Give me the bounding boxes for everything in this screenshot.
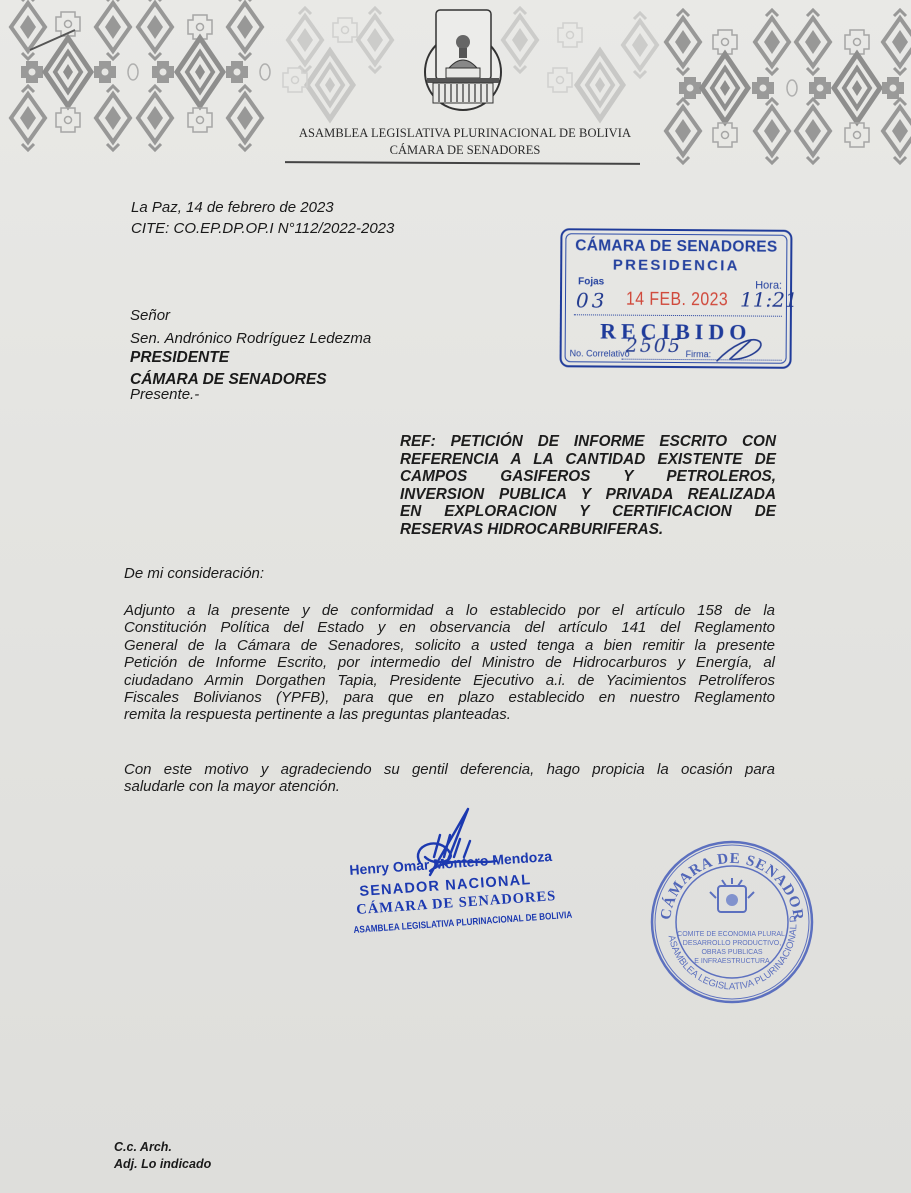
coat-of-arms-icon: [710, 878, 754, 912]
body-line: saludarle con la mayor atención.: [124, 778, 775, 795]
body-line: Adjunto a la presente y de conformidad a…: [124, 602, 775, 619]
letterhead-chamber: CÁMARA DE SENADORES: [290, 143, 640, 158]
stamp-dotted-line-2: [622, 359, 782, 361]
stamp-initials-icon: [712, 335, 772, 365]
stamp-hora-value: 11:21: [740, 287, 798, 311]
reception-stamp: CÁMARA DE SENADORES PRESIDENCIA Fojas Ho…: [560, 228, 793, 369]
stamp-dotted-line: [574, 314, 782, 316]
footer-cc: C.c. Arch.: [114, 1139, 172, 1156]
stamp-fojas-value: 03: [576, 288, 608, 312]
stamp-date: 14 FEB. 2023: [626, 289, 728, 311]
svg-text:CÁMARA DE SENADORES: CÁMARA DE SENADORES: [648, 836, 806, 922]
seal-inner-line: DESARROLLO PRODUCTIVO,: [683, 940, 781, 947]
body-line: ciudadano Armin Dorgathen Tapia, Preside…: [124, 672, 775, 689]
reference-line: RESERVAS HIDROCARBURIFERAS.: [400, 521, 776, 539]
reference-subject: REF: PETICIÓN DE INFORME ESCRITO CON REF…: [400, 433, 776, 538]
reference-line: INVERSION PUBLICA Y PRIVADA REALIZADA: [400, 486, 776, 504]
body-line: Constitución Política del Estado y en ob…: [124, 619, 775, 636]
body-line: remita la respuesta pertinente a las pre…: [124, 706, 775, 723]
seal-inner-line: OBRAS PUBLICAS: [701, 949, 762, 956]
stamp-firma-label: Firma:: [686, 349, 712, 359]
recipient-name: Sen. Andrónico Rodríguez Ledezma: [130, 330, 371, 348]
body-line: General de la Cámara de Senadores, solic…: [124, 637, 775, 654]
body-line: Con este motivo y agradeciendo su gentil…: [124, 761, 775, 778]
seal-inner-line: E INFRAESTRUCTURA: [694, 958, 770, 965]
reference-line: REFERENCIA A LA CANTIDAD EXISTENTE DE: [400, 451, 776, 469]
body-line: Petición de Informe Escrito, por interme…: [124, 654, 775, 671]
recipient-presente: Presente.-: [130, 386, 199, 404]
cite-number: CITE: CO.EP.DP.OP.I N°112/2022-2023: [131, 220, 394, 238]
seal-inner-line: COMITE DE ECONOMIA PLURAL,: [677, 931, 787, 938]
reference-line: CAMPOS GASIFEROS Y PETROLEROS,: [400, 468, 776, 486]
stamp-correlativo-label: No. Correlativo: [570, 348, 630, 358]
reference-line: EN EXPLORACION Y CERTIFICACION DE: [400, 503, 776, 521]
stamp-chamber: CÁMARA DE SENADORES: [562, 237, 790, 257]
body-paragraph-1: Adjunto a la presente y de conformidad a…: [124, 602, 775, 724]
letterhead-institution: ASAMBLEA LEGISLATIVA PLURINACIONAL DE BO…: [290, 126, 640, 141]
place-date: La Paz, 14 de febrero de 2023: [131, 199, 334, 217]
recipient-salutation: Señor: [130, 307, 170, 325]
reference-line: REF: PETICIÓN DE INFORME ESCRITO CON: [400, 433, 776, 451]
stamp-fojas-label: Fojas: [578, 276, 604, 287]
committee-seal: CÁMARA DE SENADORES ASAMBLEA LEGISLATIVA…: [648, 836, 814, 1006]
legislative-palace-emblem: [425, 10, 501, 110]
stamp-office: PRESIDENCIA: [562, 256, 790, 275]
footer-attachment: Adj. Lo indicado: [114, 1156, 211, 1173]
seal-top-text: CÁMARA DE SENADORES: [648, 836, 806, 922]
body-line: Fiscales Bolivianos (YPFB), para que en …: [124, 689, 775, 706]
stamp-correlativo-value: 2505: [626, 335, 683, 357]
recipient-title: PRESIDENTE: [130, 348, 229, 367]
greeting: De mi consideración:: [124, 565, 264, 583]
body-paragraph-2: Con este motivo y agradeciendo su gentil…: [124, 761, 775, 796]
